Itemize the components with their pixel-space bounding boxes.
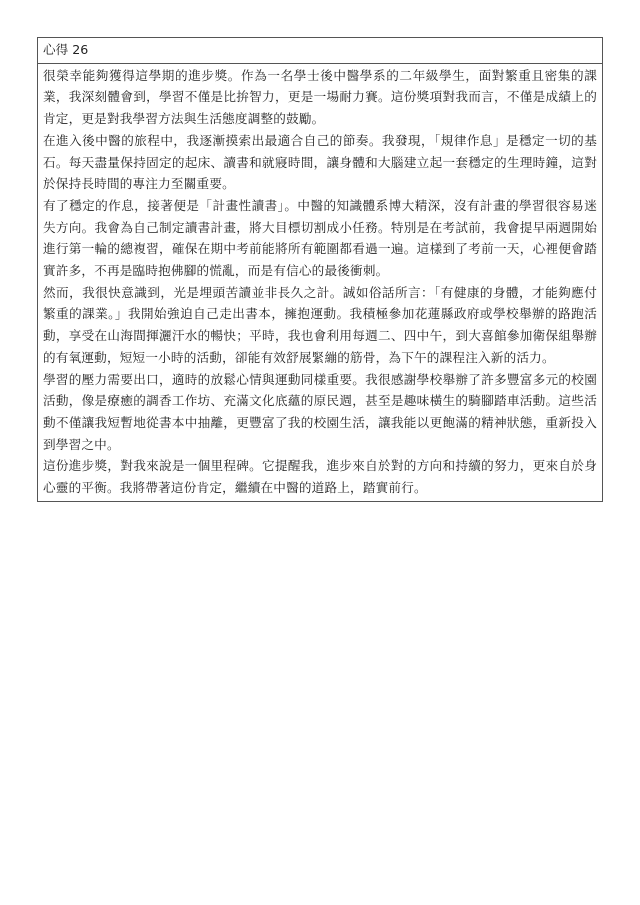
paragraph: 然而，我很快意識到，光是埋頭苦讀並非長久之計。誠如俗話所言：「有健康的身體，才能… (43, 282, 597, 369)
paragraph: 有了穩定的作息，接著便是「計畫性讀書」。中醫的知識體系博大精深，沒有計畫的學習很… (43, 195, 597, 282)
title-row: 心得 26 (38, 38, 603, 64)
essay-title: 心得 26 (38, 38, 603, 64)
paragraph: 很榮幸能夠獲得這學期的進步獎。作為一名學士後中醫學系的二年級學生，面對繁重且密集… (43, 65, 597, 130)
paragraph: 這份進步獎，對我來說是一個里程碑。它提醒我，進步來自於對的方向和持續的努力，更來… (43, 455, 597, 498)
essay-table: 心得 26 很榮幸能夠獲得這學期的進步獎。作為一名學士後中醫學系的二年級學生，面… (37, 37, 603, 502)
paragraph: 學習的壓力需要出口，適時的放鬆心情與運動同樣重要。我很感謝學校舉辦了許多豐富多元… (43, 369, 597, 456)
paragraph: 在進入後中醫的旅程中，我逐漸摸索出最適合自己的節奏。我發現，「規律作息」是穩定一… (43, 130, 597, 195)
essay-body: 很榮幸能夠獲得這學期的進步獎。作為一名學士後中醫學系的二年級學生，面對繁重且密集… (38, 63, 603, 501)
body-row: 很榮幸能夠獲得這學期的進步獎。作為一名學士後中醫學系的二年級學生，面對繁重且密集… (38, 63, 603, 501)
